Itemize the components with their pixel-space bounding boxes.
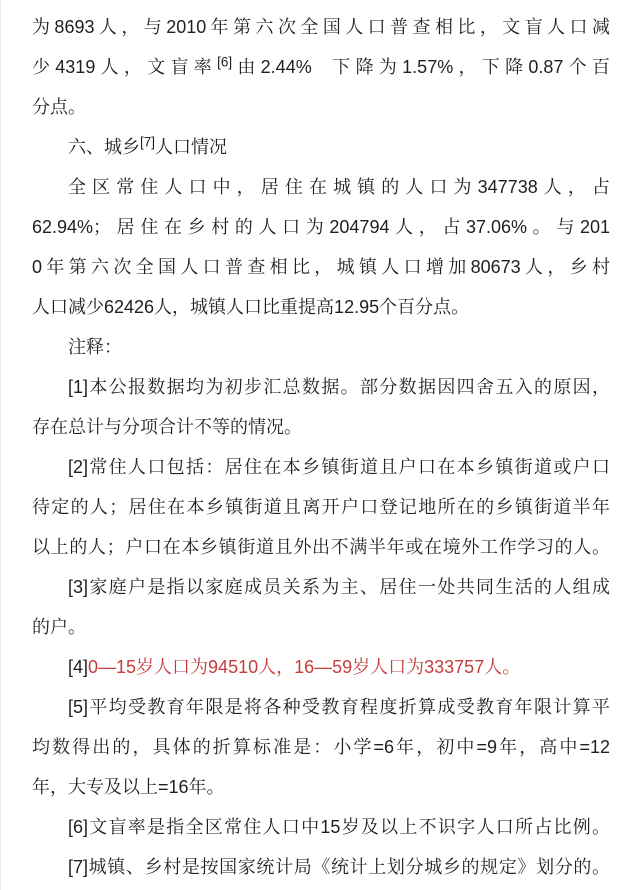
text-segment: [3]家庭户是指以家庭成员关系为主、居住一处共同生活的人组成	[68, 577, 610, 597]
text-line: 均数得出的，具体的折算标准是：小学=6年，初中=9年，高中=12	[32, 727, 610, 767]
text-segment: 待定的人；居住在本乡镇街道且离开户口登记地所在的乡镇街道半年	[32, 497, 610, 517]
note-6: [6]文盲率是指全区常住人口中15岁及以上不识字人口所占比例。	[32, 807, 610, 847]
footnote-superscript: [7]	[140, 134, 155, 149]
footnote-superscript: [6]	[217, 54, 232, 69]
text-segment: [5]平均受教育年限是将各种受教育程度折算成受教育年限计算平	[68, 697, 610, 717]
text-segment: [7]城镇、乡村是按国家统计局《统计上划分城乡的规定》划分的。	[68, 857, 610, 877]
note-5: [5]平均受教育年限是将各种受教育程度折算成受教育年限计算平均数得出的，具体的折…	[32, 687, 610, 807]
note-7: [7]城镇、乡村是按国家统计局《统计上划分城乡的规定》划分的。	[32, 847, 610, 887]
text-segment: 少4319人，文盲率	[32, 57, 217, 77]
text-line: 人口减少62426人，城镇人口比重提高12.95个百分点。	[32, 287, 610, 327]
text-line: 全区常住人口中，居住在城镇的人口为347738人，占	[32, 167, 610, 207]
notes-label: 注释：	[32, 327, 610, 367]
text-line: [1]本公报数据均为初步汇总数据。部分数据因四舍五入的原因，	[32, 367, 610, 407]
text-line: 0年第六次全国人口普查相比，城镇人口增加80673人，乡村	[32, 247, 610, 287]
text-segment: 存在总计与分项合计不等的情况。	[32, 417, 302, 437]
text-segment: 分点。	[32, 97, 86, 117]
text-line: [2]常住人口包括：居住在本乡镇街道且户口在本乡镇街道或户口	[32, 447, 610, 487]
note-1: [1]本公报数据均为初步汇总数据。部分数据因四舍五入的原因，存在总计与分项合计不…	[32, 367, 610, 447]
section-heading-urban-rural: 六、城乡[7]人口情况	[32, 127, 610, 167]
text-segment: 年，大专及以上=16年。	[32, 777, 225, 797]
document-body: 为8693人，与2010年第六次全国人口普查相比，文盲人口减少4319人，文盲率…	[1, 0, 640, 890]
text-line: [6]文盲率是指全区常住人口中15岁及以上不识字人口所占比例。	[32, 807, 610, 847]
note-4: [4]0—15岁人口为94510人，16—59岁人口为333757人。	[32, 647, 610, 687]
text-line: 六、城乡[7]人口情况	[32, 127, 610, 167]
text-segment: 0年第六次全国人口普查相比，城镇人口增加80673人，乡村	[32, 257, 610, 277]
text-line: 为8693人，与2010年第六次全国人口普查相比，文盲人口减	[32, 7, 610, 47]
note-2: [2]常住人口包括：居住在本乡镇街道且户口在本乡镇街道或户口待定的人；居住在本乡…	[32, 447, 610, 567]
text-segment: 注释：	[68, 337, 122, 357]
para-illiteracy: 为8693人，与2010年第六次全国人口普查相比，文盲人口减少4319人，文盲率…	[32, 7, 610, 127]
note-3: [3]家庭户是指以家庭成员关系为主、居住一处共同生活的人组成的户。	[32, 567, 610, 647]
text-line: 62.94%；居住在乡村的人口为204794人，占37.06%。与201	[32, 207, 610, 247]
text-line: [4]0—15岁人口为94510人，16—59岁人口为333757人。	[32, 647, 610, 687]
text-segment: 以上的人；户口在本乡镇街道且外出不满半年或在境外工作学习的人。	[32, 537, 610, 557]
text-line: 存在总计与分项合计不等的情况。	[32, 407, 610, 447]
text-line: 分点。	[32, 87, 610, 127]
text-segment: 人口减少62426人，城镇人口比重提高12.95个百分点。	[32, 297, 469, 317]
text-segment: 62.94%；居住在乡村的人口为204794人，占37.06%。与201	[32, 217, 610, 237]
text-segment: 六、城乡	[68, 137, 140, 157]
highlighted-red-text: 0—15岁人口为94510人，16—59岁人口为333757人。	[88, 657, 520, 677]
text-line: 少4319人，文盲率[6]由2.44% 下降为1.57%，下降0.87个百	[32, 47, 610, 87]
text-line: 年，大专及以上=16年。	[32, 767, 610, 807]
text-line: 以上的人；户口在本乡镇街道且外出不满半年或在境外工作学习的人。	[32, 527, 610, 567]
para-urban-rural: 全区常住人口中，居住在城镇的人口为347738人，占62.94%；居住在乡村的人…	[32, 167, 610, 327]
text-line: [7]城镇、乡村是按国家统计局《统计上划分城乡的规定》划分的。	[32, 847, 610, 887]
text-segment: [2]常住人口包括：居住在本乡镇街道且户口在本乡镇街道或户口	[68, 457, 610, 477]
text-segment: [6]文盲率是指全区常住人口中15岁及以上不识字人口所占比例。	[68, 817, 610, 837]
text-segment: 由2.44% 下降为1.57%，下降0.87个百	[232, 57, 610, 77]
text-line: [3]家庭户是指以家庭成员关系为主、居住一处共同生活的人组成	[32, 567, 610, 607]
text-segment: 人口情况	[155, 137, 227, 157]
text-segment: 均数得出的，具体的折算标准是：小学=6年，初中=9年，高中=12	[32, 737, 610, 757]
text-line: 注释：	[32, 327, 610, 367]
text-segment: [4]	[68, 657, 88, 677]
text-segment: 全区常住人口中，居住在城镇的人口为347738人，占	[68, 177, 610, 197]
text-line: [5]平均受教育年限是将各种受教育程度折算成受教育年限计算平	[32, 687, 610, 727]
text-segment: 为8693人，与2010年第六次全国人口普查相比，文盲人口减	[32, 17, 610, 37]
text-line: 待定的人；居住在本乡镇街道且离开户口登记地所在的乡镇街道半年	[32, 487, 610, 527]
text-segment: [1]本公报数据均为初步汇总数据。部分数据因四舍五入的原因，	[68, 377, 610, 397]
text-segment: 的户。	[32, 617, 86, 637]
text-line: 的户。	[32, 607, 610, 647]
